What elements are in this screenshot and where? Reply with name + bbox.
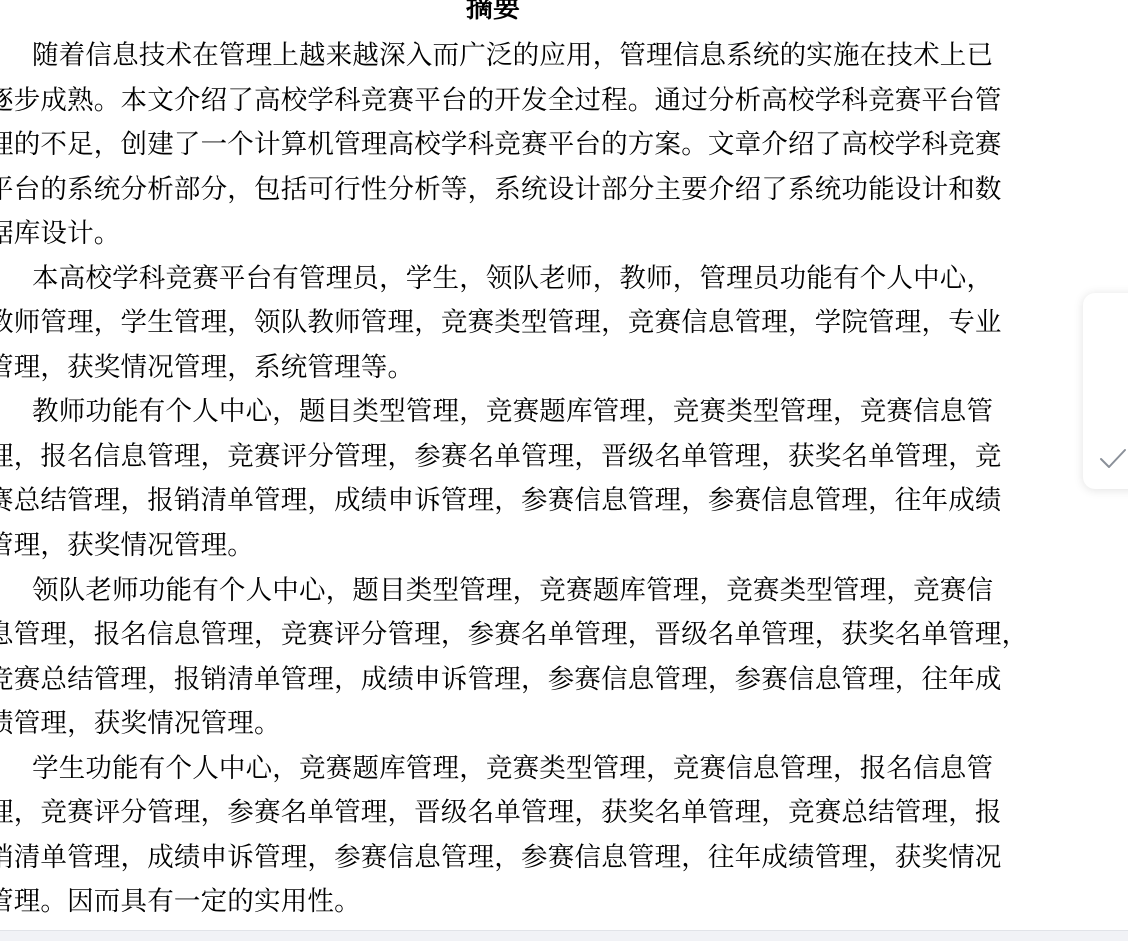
floating-toolbar [1083,293,1128,489]
text-line: 绩管理，获奖情况管理。 [0,702,999,747]
text-line: 教师功能有个人中心，题目类型管理，竞赛题库管理，竞赛类型管理，竞赛信息管 [0,390,999,435]
text-line: 理，竞赛评分管理，参赛名单管理，晋级名单管理，获奖名单管理，竞赛总结管理，报 [0,791,999,836]
text-line: 逐步成熟。本文介绍了高校学科竞赛平台的开发全过程。通过分析高校学科竞赛平台管 [0,79,999,124]
text-line: 据库设计。 [0,212,999,257]
text-line: 学生功能有个人中心，竞赛题库管理，竞赛类型管理，竞赛信息管理，报名信息管 [0,747,999,792]
text-line: 管理。因而具有一定的实用性。 [0,880,999,925]
document-viewport: 摘要 随着信息技术在管理上越来越深入而广泛的应用，管理信息系统的实施在技术上已逐… [0,0,1128,941]
text-line: 教师管理，学生管理，领队教师管理，竞赛类型管理，竞赛信息管理，学院管理，专业 [0,301,999,346]
bottom-status-strip [0,930,1128,941]
text-line: 随着信息技术在管理上越来越深入而广泛的应用，管理信息系统的实施在技术上已 [0,34,999,79]
text-line: 平台的系统分析部分，包括可行性分析等，系统设计部分主要介绍了系统功能设计和数 [0,168,999,213]
text-line: 管理，获奖情况管理，系统管理等。 [0,346,999,391]
text-line: 赛总结管理，报销清单管理，成绩申诉管理，参赛信息管理，参赛信息管理，往年成绩 [0,479,999,524]
text-line: 销清单管理，成绩申诉管理，参赛信息管理，参赛信息管理，往年成绩管理，获奖情况 [0,836,999,881]
text-line: 管理，获奖情况管理。 [0,524,999,569]
text-line: 本高校学科竞赛平台有管理员，学生，领队老师，教师，管理员功能有个人中心， [0,257,999,302]
text-line: 领队老师功能有个人中心，题目类型管理，竞赛题库管理，竞赛类型管理，竞赛信 [0,569,999,614]
text-line: 竞赛总结管理，报销清单管理，成绩申诉管理，参赛信息管理，参赛信息管理，往年成 [0,658,999,703]
page-title: 摘要 [0,0,999,32]
text-line: 理的不足，创建了一个计算机管理高校学科竞赛平台的方案。文章介绍了高校学科竞赛 [0,123,999,168]
document-lines: 随着信息技术在管理上越来越深入而广泛的应用，管理信息系统的实施在技术上已逐步成熟… [0,34,999,925]
checkmark-icon[interactable] [1099,448,1127,470]
text-line: 理，报名信息管理，竞赛评分管理，参赛名单管理，晋级名单管理，获奖名单管理，竞 [0,435,999,480]
text-line: 息管理，报名信息管理，竞赛评分管理，参赛名单管理，晋级名单管理，获奖名单管理， [0,613,999,658]
